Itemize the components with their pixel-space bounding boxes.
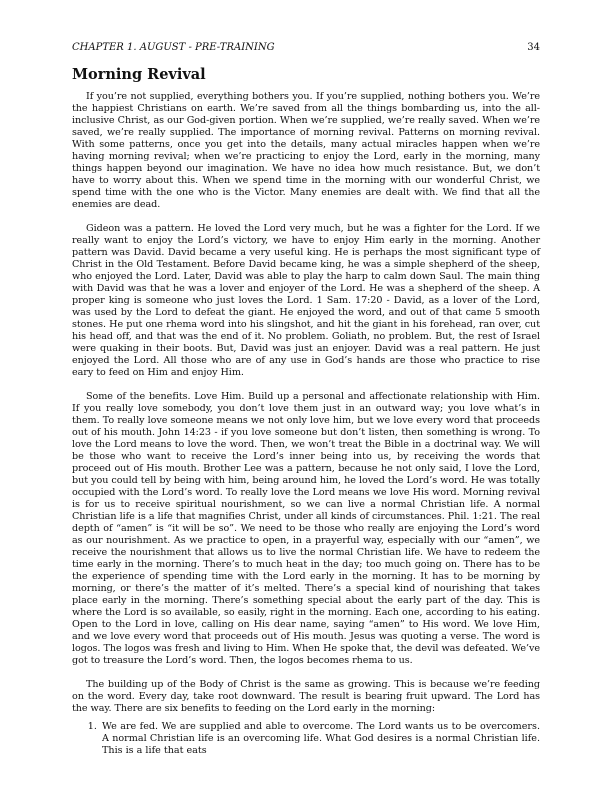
benefit-item: We are fed. We are supplied and able to … [100,721,540,757]
chapter-heading: CHAPTER 1. AUGUST - PRE-TRAINING [72,42,275,54]
paragraph-benefits-love: Some of the benefits. Love Him. Build up… [72,391,540,667]
running-header: CHAPTER 1. AUGUST - PRE-TRAINING 34 [72,42,540,54]
section-title: Morning Revival [72,66,540,84]
paragraph-gideon-david: Gideon was a pattern. He loved the Lord … [72,223,540,379]
paragraph-building-up: The building up of the Body of Christ is… [72,679,540,715]
benefits-list: We are fed. We are supplied and able to … [72,721,540,757]
page-number: 34 [527,42,540,54]
document-page: CHAPTER 1. AUGUST - PRE-TRAINING 34 Morn… [72,42,540,757]
paragraph-patterns-intro: If you’re not supplied, everything bothe… [72,91,540,211]
